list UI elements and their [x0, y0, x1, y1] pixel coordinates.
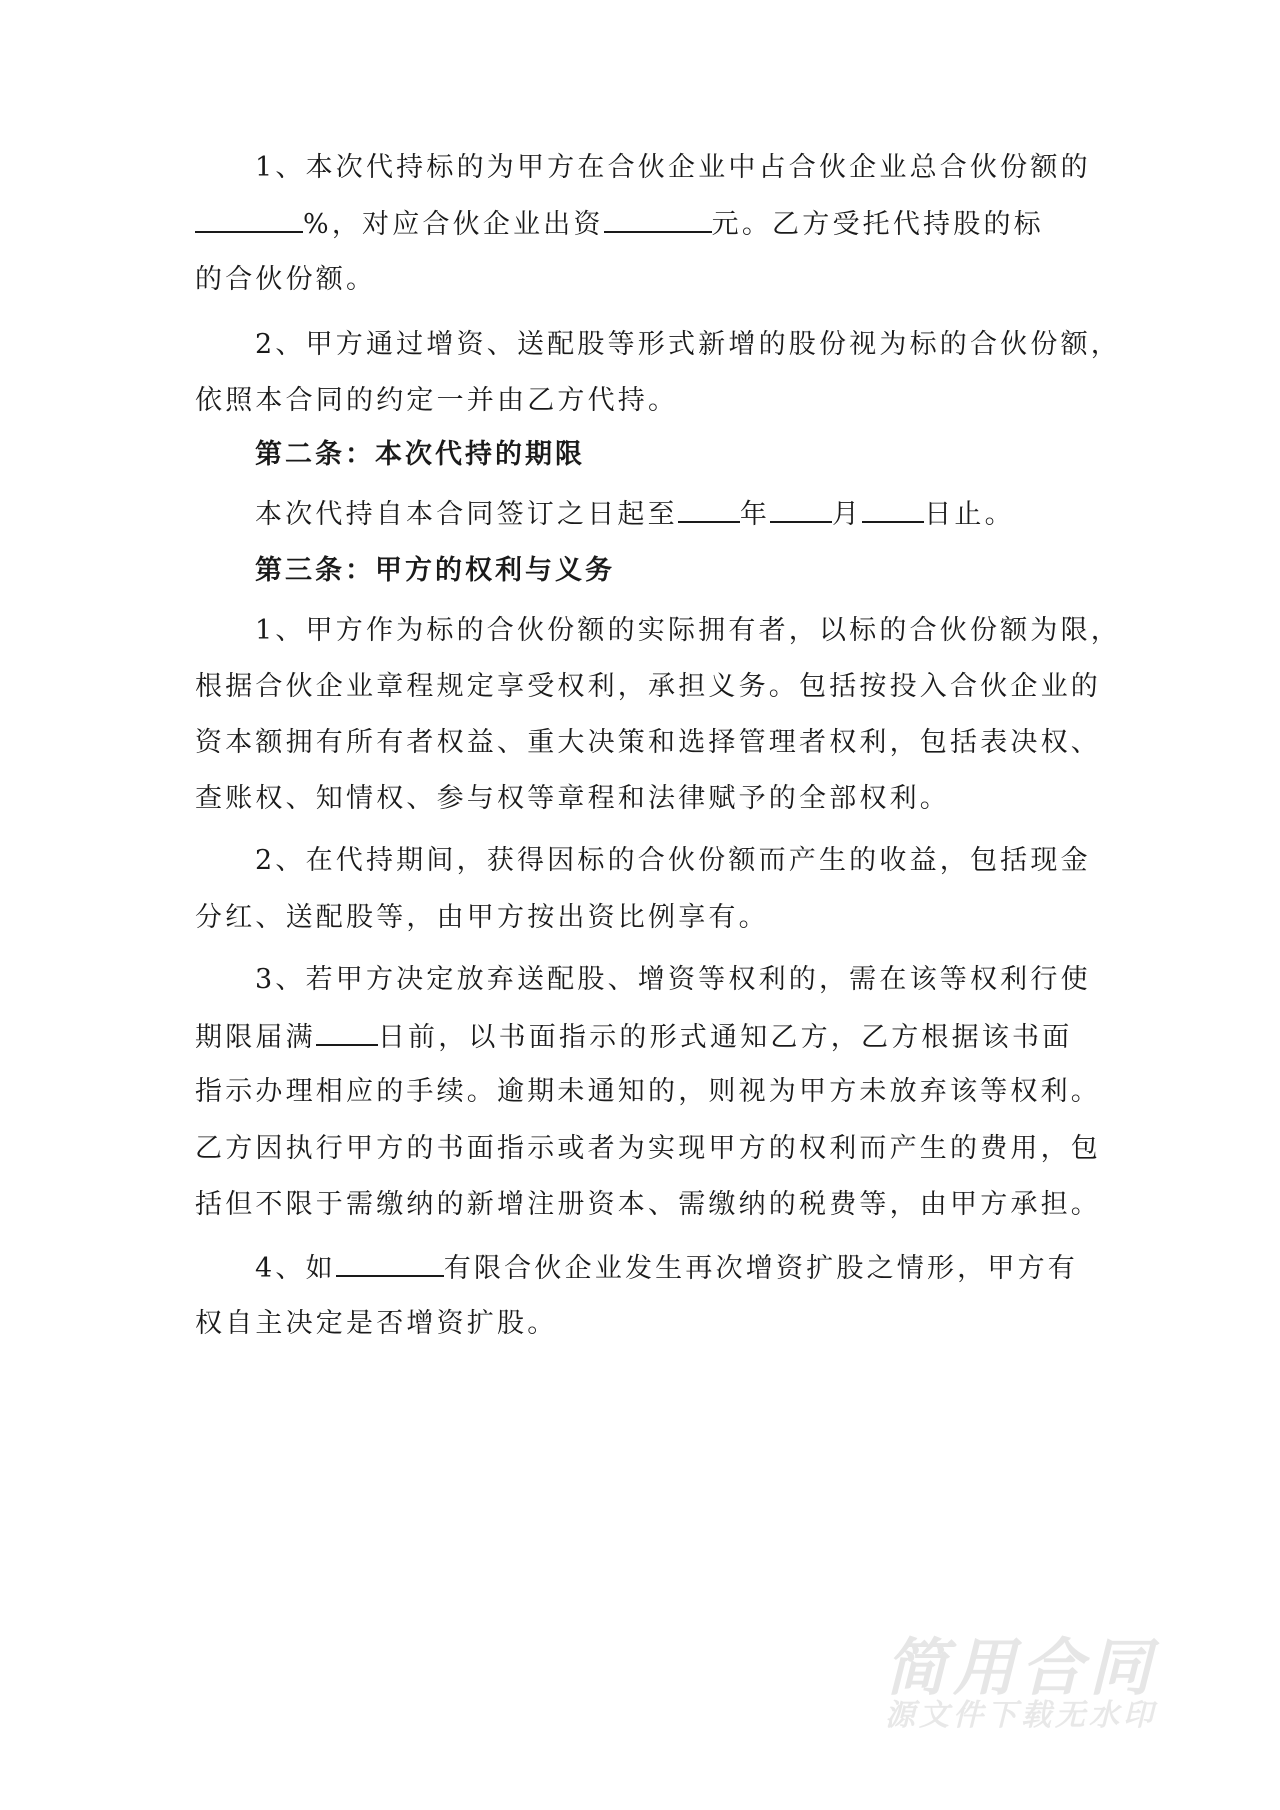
article3-p1-line3: 资本额拥有所有者权益、重大决策和选择管理者权利，包括表决权、: [195, 725, 1085, 761]
text-segment: 年: [740, 499, 770, 530]
text-segment: 本次代持自本合同签订之日起至: [255, 499, 678, 530]
article3-p3-line5: 括但不限于需缴纳的新增注册资本、需缴纳的税费等，由甲方承担。: [195, 1187, 1085, 1223]
article3-p4-line1: 4、如有限合伙企业发生再次增资扩股之情形，甲方有: [255, 1249, 1085, 1287]
article3-heading: 第三条：甲方的权利与义务: [255, 553, 1085, 589]
article3-p4-line2: 权自主决定是否增资扩股。: [195, 1306, 1085, 1342]
article3-p3-line3: 指示办理相应的手续。逾期未通知的，则视为甲方未放弃该等权利。: [195, 1074, 1085, 1110]
blank-days[interactable]: [316, 1018, 378, 1046]
clause1-p1-line1: 1、本次代持标的为甲方在合伙企业中占合伙企业总合伙份额的: [255, 150, 1085, 186]
article3-p2-line2: 分红、送配股等，由甲方按出资比例享有。: [195, 900, 1085, 936]
article3-p3-line2: 期限届满日前，以书面指示的形式通知乙方，乙方根据该书面: [195, 1018, 1085, 1056]
clause1-p1-line3: 的合伙份额。: [195, 262, 1085, 298]
article2-heading: 第二条：本次代持的期限: [255, 437, 1085, 473]
blank-percentage[interactable]: [195, 205, 303, 233]
text-segment: %，对应合伙企业出资: [303, 209, 604, 240]
text-segment: 月: [832, 499, 862, 530]
article3-p1-line2: 根据合伙企业章程规定享受权利，承担义务。包括按投入合伙企业的: [195, 669, 1085, 705]
text-segment: 4、如: [255, 1253, 336, 1284]
article2-text: 本次代持自本合同签订之日起至年月日止。: [255, 495, 1085, 533]
article3-p1-line1: 1、甲方作为标的合伙份额的实际拥有者，以标的合伙份额为限，: [255, 613, 1085, 649]
article3-p2-line1: 2、在代持期间，获得因标的合伙份额而产生的收益，包括现金: [255, 843, 1085, 879]
text-segment: 期限届满: [195, 1022, 316, 1053]
article3-p1-line4: 查账权、知情权、参与权等章程和法律赋予的全部权利。: [195, 781, 1085, 817]
blank-year[interactable]: [678, 495, 740, 523]
article3-p3-line4: 乙方因执行甲方的书面指示或者为实现甲方的权利而产生的费用，包: [195, 1131, 1085, 1167]
blank-day[interactable]: [862, 495, 924, 523]
blank-amount[interactable]: [604, 205, 712, 233]
text-segment: 元。乙方受托代持股的标: [712, 209, 1044, 240]
article3-p3-line1: 3、若甲方决定放弃送配股、增资等权利的，需在该等权利行使: [255, 962, 1085, 998]
clause1-p1-line2: %，对应合伙企业出资元。乙方受托代持股的标: [195, 205, 1085, 243]
text-segment: 有限合伙企业发生再次增资扩股之情形，甲方有: [444, 1253, 1078, 1284]
clause1-p2-line2: 依照本合同的约定一并由乙方代持。: [195, 383, 1085, 419]
document-page: 1、本次代持标的为甲方在合伙企业中占合伙企业总合伙份额的 %，对应合伙企业出资元…: [0, 0, 1280, 1810]
watermark-tagline: 源文件下载无水印: [885, 1690, 1157, 1734]
clause1-p2-line1: 2、甲方通过增资、送配股等形式新增的股份视为标的合伙份额，: [255, 327, 1085, 363]
text-segment: 日止。: [924, 499, 1015, 530]
blank-month[interactable]: [770, 495, 832, 523]
text-segment: 日前，以书面指示的形式通知乙方，乙方根据该书面: [378, 1022, 1073, 1053]
blank-enterprise-name[interactable]: [336, 1249, 444, 1277]
